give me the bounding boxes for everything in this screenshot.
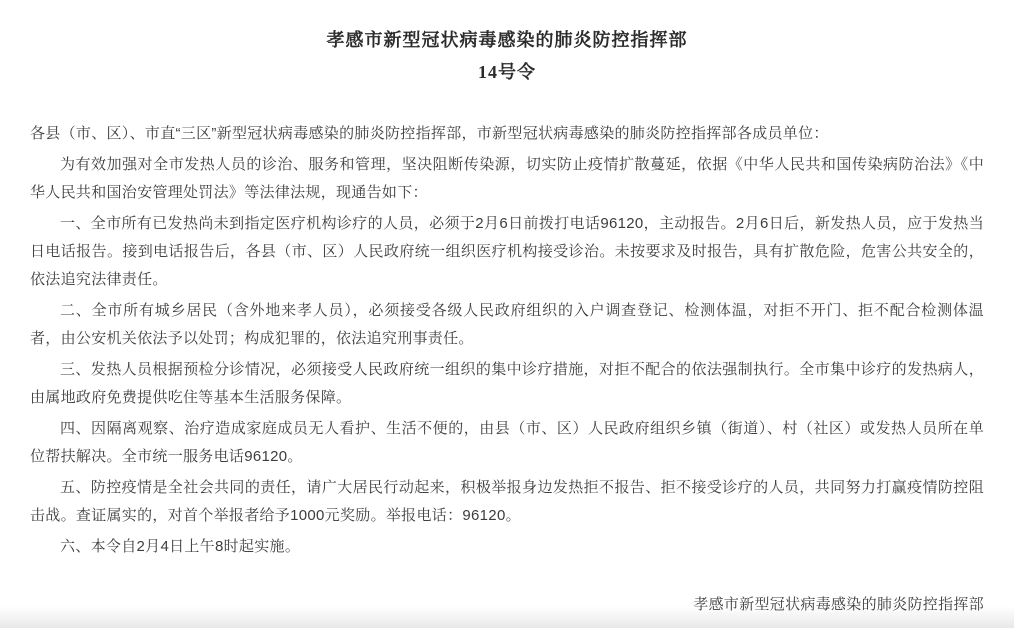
body-paragraph-item-2: 二、全市所有城乡居民（含外地来孝人员），必须接受各级人民政府组织的入户调查登记、… bbox=[30, 297, 984, 353]
body-paragraph-item-3: 三、发热人员根据预检分诊情况，必须接受人民政府统一组织的集中诊疗措施，对拒不配合… bbox=[30, 356, 984, 412]
body-paragraph-item-5: 五、防控疫情是全社会共同的责任，请广大居民行动起来，积极举报身边发热拒不报告、拒… bbox=[30, 474, 984, 530]
body-paragraph-preamble: 为有效加强对全市发热人员的诊治、服务和管理，坚决阻断传染源，切实防止疫情扩散蔓延… bbox=[30, 151, 984, 207]
order-number: 14号令 bbox=[30, 60, 984, 84]
document-page: 孝感市新型冠状病毒感染的肺炎防控指挥部 14号令 各县（市、区）、市直“三区”新… bbox=[0, 0, 1014, 628]
body-paragraph-item-1: 一、全市所有已发热尚未到指定医疗机构诊疗的人员，必须于2月6日前拨打电话9612… bbox=[30, 210, 984, 294]
salutation-line: 各县（市、区）、市直“三区”新型冠状病毒感染的肺炎防控指挥部，市新型冠状病毒感染… bbox=[30, 120, 984, 148]
body-paragraph-item-6: 六、本令自2月4日上午8时起实施。 bbox=[30, 533, 984, 561]
document-content: 孝感市新型冠状病毒感染的肺炎防控指挥部 14号令 各县（市、区）、市直“三区”新… bbox=[0, 28, 1014, 619]
body-paragraph-item-4: 四、因隔离观察、治疗造成家庭成员无人看护、生活不便的，由县（市、区）人民政府组织… bbox=[30, 415, 984, 471]
signature-line: 孝感市新型冠状病毒感染的肺炎防控指挥部 bbox=[30, 591, 984, 619]
document-body: 各县（市、区）、市直“三区”新型冠状病毒感染的肺炎防控指挥部，市新型冠状病毒感染… bbox=[30, 120, 984, 619]
document-title: 孝感市新型冠状病毒感染的肺炎防控指挥部 bbox=[30, 28, 984, 52]
